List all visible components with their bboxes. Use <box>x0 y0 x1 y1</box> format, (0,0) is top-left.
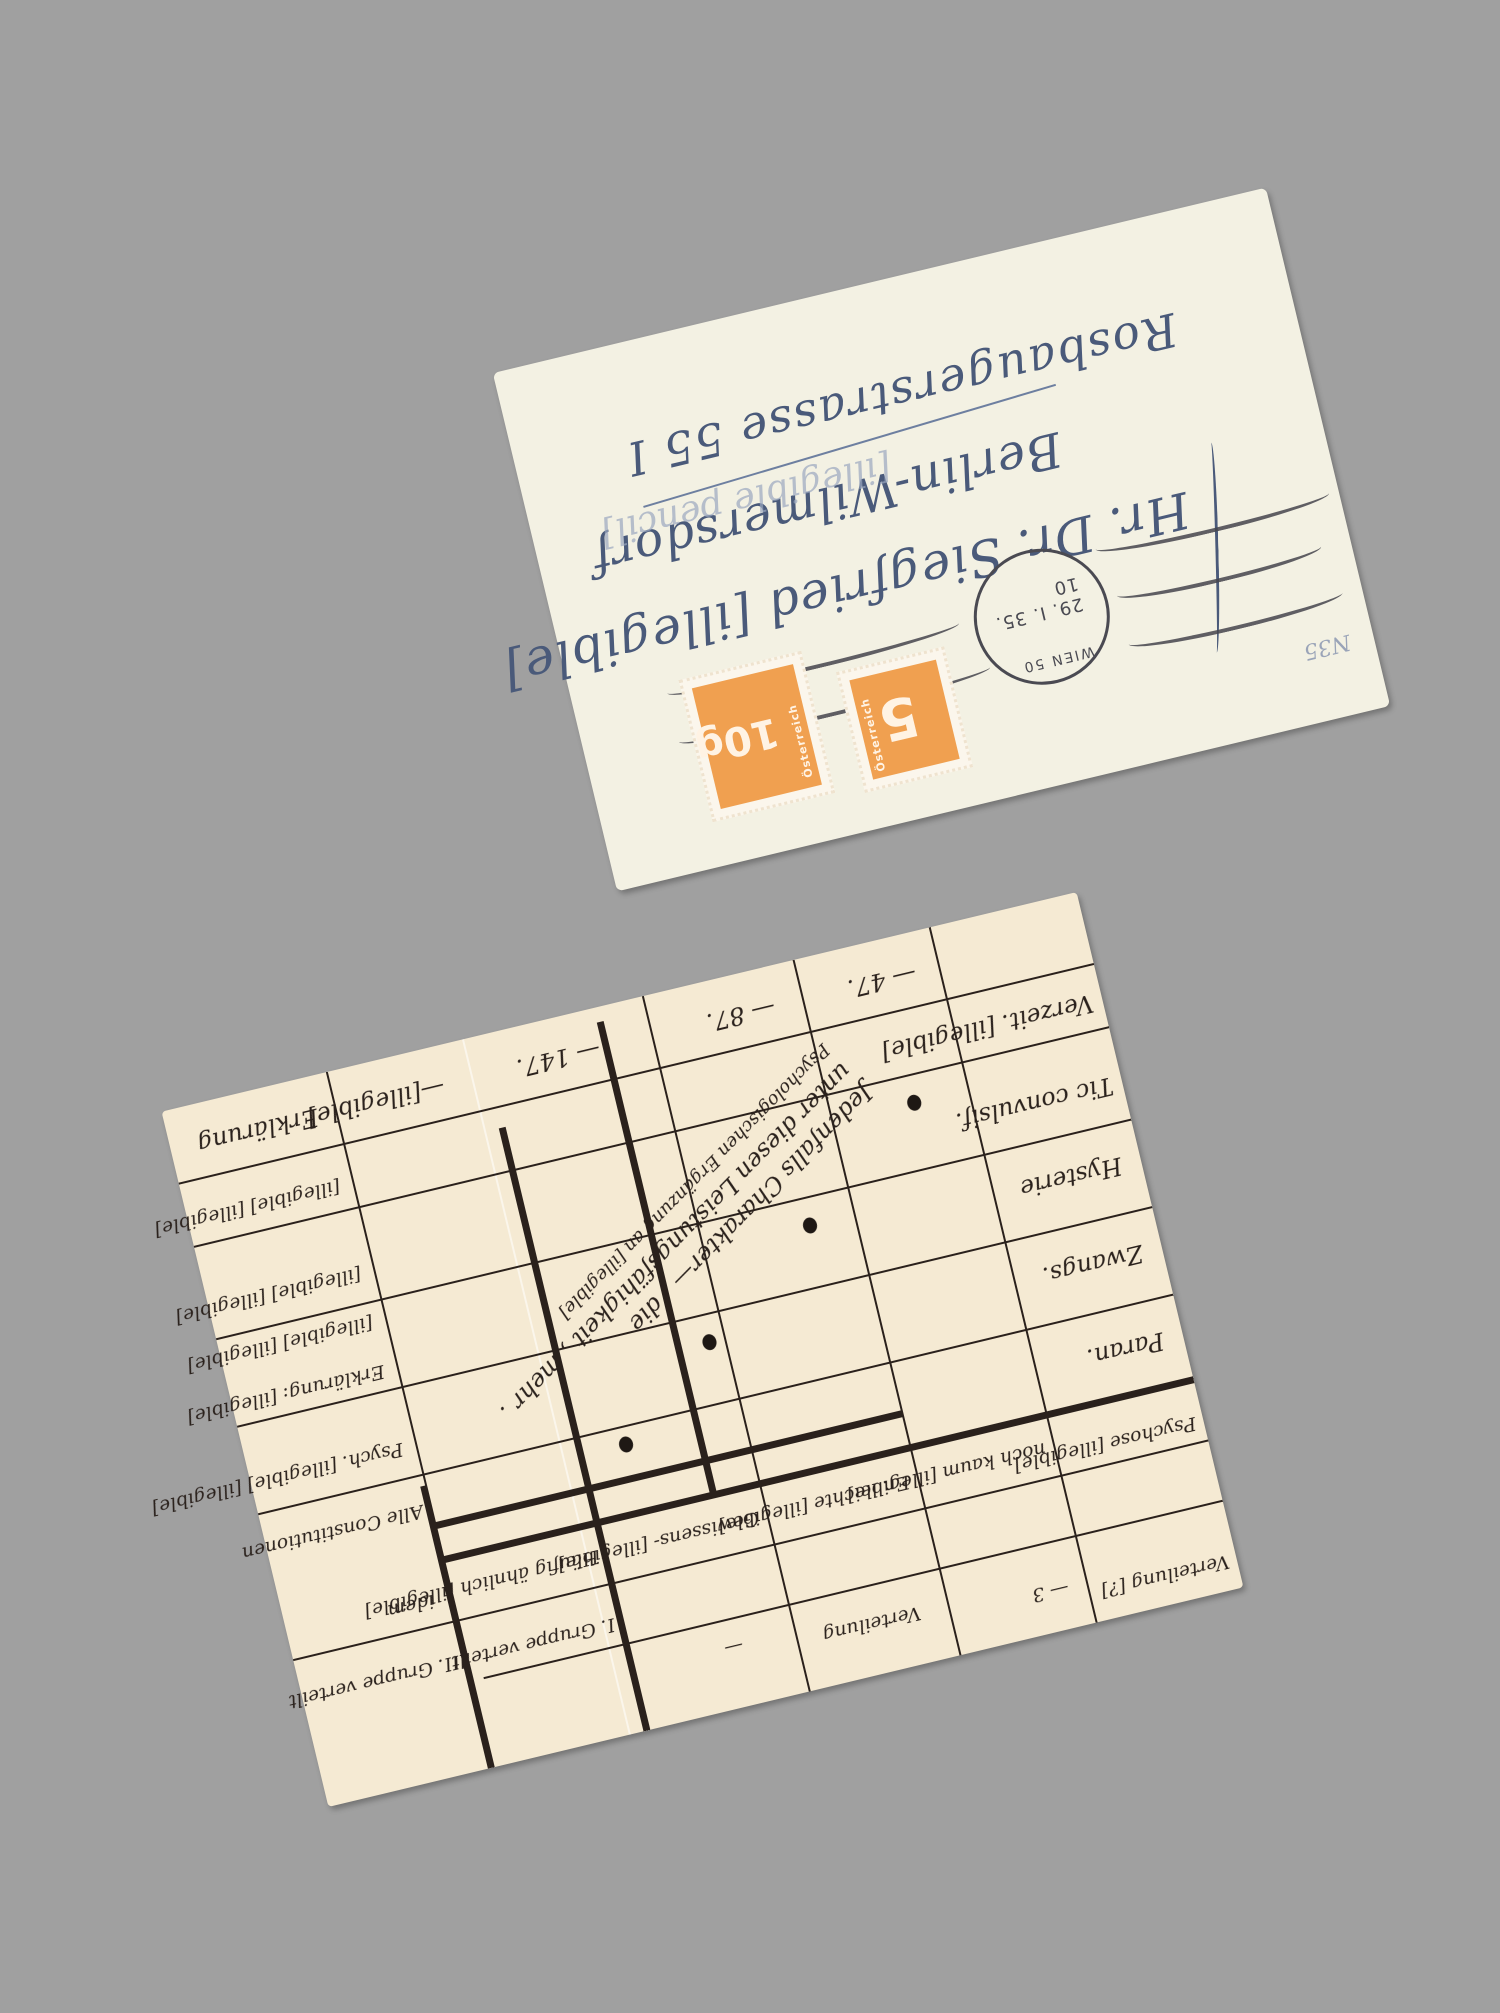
side-note: [illegible] [illegible] <box>173 1262 363 1328</box>
postcard-table-side: Verteilung [?] — 3 Verteilung — I. Grupp… <box>161 892 1243 1807</box>
side-note: Erklärung <box>194 1102 320 1158</box>
ink-dot <box>700 1332 717 1351</box>
annotation-line: unter diesen Leistungsfähigkeit , mehr . <box>493 1056 857 1426</box>
stamp-face: Österreich 5 <box>849 659 959 779</box>
postage-stamp-10g: Österreich 10g <box>678 650 835 821</box>
bottom-value: — 47. <box>844 959 918 1003</box>
side-note: [illegible] [illegible] <box>152 1175 342 1241</box>
postmark-city: WIEN 50 <box>1020 642 1095 675</box>
header-cell: II. Gruppe verteilt <box>286 1650 461 1712</box>
ink-dot <box>801 1216 818 1235</box>
postmark-date: 29. I. 35. 10 <box>970 572 1085 638</box>
ink-dot <box>617 1435 634 1454</box>
side-note: Alle Constitutionen <box>239 1500 425 1565</box>
row-label: Hysterie <box>1017 1151 1125 1203</box>
postcard-address-side: Hr. Dr. Siegfried [illegible] Berlin-Wil… <box>492 187 1389 891</box>
row-label: Tic convulsif. <box>953 1071 1116 1136</box>
row-label: Zwangs. <box>1039 1238 1145 1289</box>
corner-mark: N35 <box>1301 628 1353 663</box>
header-cell: Verteilung [?] <box>1098 1550 1231 1602</box>
annotation-line: Jedenfalls Charakter— ; die <box>515 1077 879 1447</box>
stamp-country: Österreich <box>785 702 815 778</box>
row-label: Paran. <box>1084 1326 1167 1371</box>
stamp-face: Österreich 10g <box>691 664 821 809</box>
bottom-value: — 87. <box>703 992 777 1036</box>
grid-line <box>178 963 1093 1185</box>
header-cell: — 3 <box>1029 1576 1070 1606</box>
header-cell: Verteilung <box>820 1601 922 1646</box>
header-cell: — <box>721 1633 745 1659</box>
side-note: [illegible] [illegible] <box>185 1311 375 1377</box>
stamp-value: 10g <box>690 708 783 772</box>
side-note: Psych. [illegible] [illegible] <box>149 1437 405 1519</box>
ink-dot <box>905 1093 922 1112</box>
bottom-value: — 147. <box>513 1035 602 1082</box>
